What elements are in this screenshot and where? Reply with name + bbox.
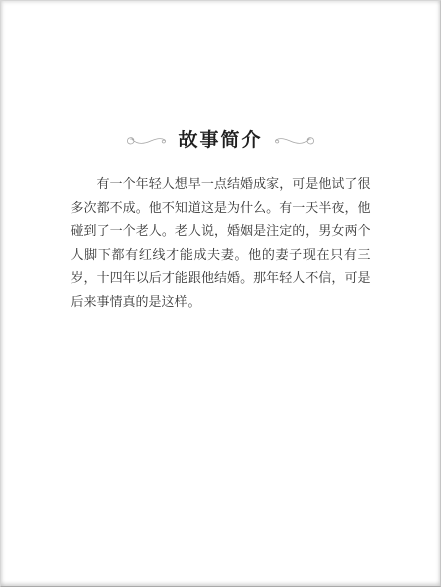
section-title-row: 故事简介 xyxy=(1,129,440,153)
book-page: 故事简介 有一个年轻人想早一点结婚成家，可是他试了很多次都不成。他不知道这是为什… xyxy=(0,0,441,587)
section-title: 故事简介 xyxy=(178,129,262,153)
flourish-swirl-right-icon xyxy=(272,133,316,149)
story-synopsis-paragraph: 有一个年轻人想早一点结婚成家，可是他试了很多次都不成。他不知道这是为什么。有一天… xyxy=(71,172,371,313)
flourish-swirl-left-icon xyxy=(125,133,169,149)
